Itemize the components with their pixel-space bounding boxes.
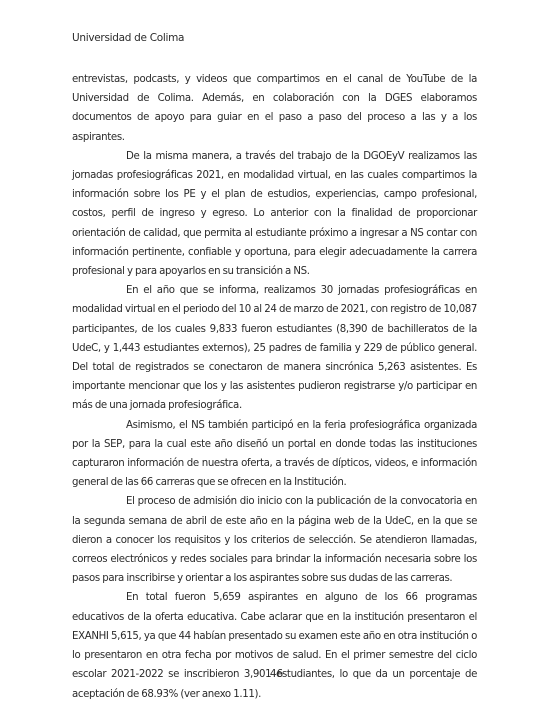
- paragraph: entrevistas, podcasts, y videos que comp…: [72, 70, 477, 147]
- running-header: Universidad de Colima: [72, 32, 184, 44]
- paragraph: Asimismo, el NS también participó en la …: [72, 416, 477, 493]
- page-number: 46: [0, 668, 553, 680]
- paragraph: El proceso de admisión dio inicio con la…: [72, 492, 477, 588]
- body-text: entrevistas, podcasts, y videos que comp…: [72, 70, 477, 704]
- paragraph: En total fueron 5,659 aspirantes en algu…: [72, 588, 477, 703]
- paragraph: En el año que se informa, realizamos 30 …: [72, 281, 477, 415]
- paragraph: De la misma manera, a través del trabajo…: [72, 147, 477, 281]
